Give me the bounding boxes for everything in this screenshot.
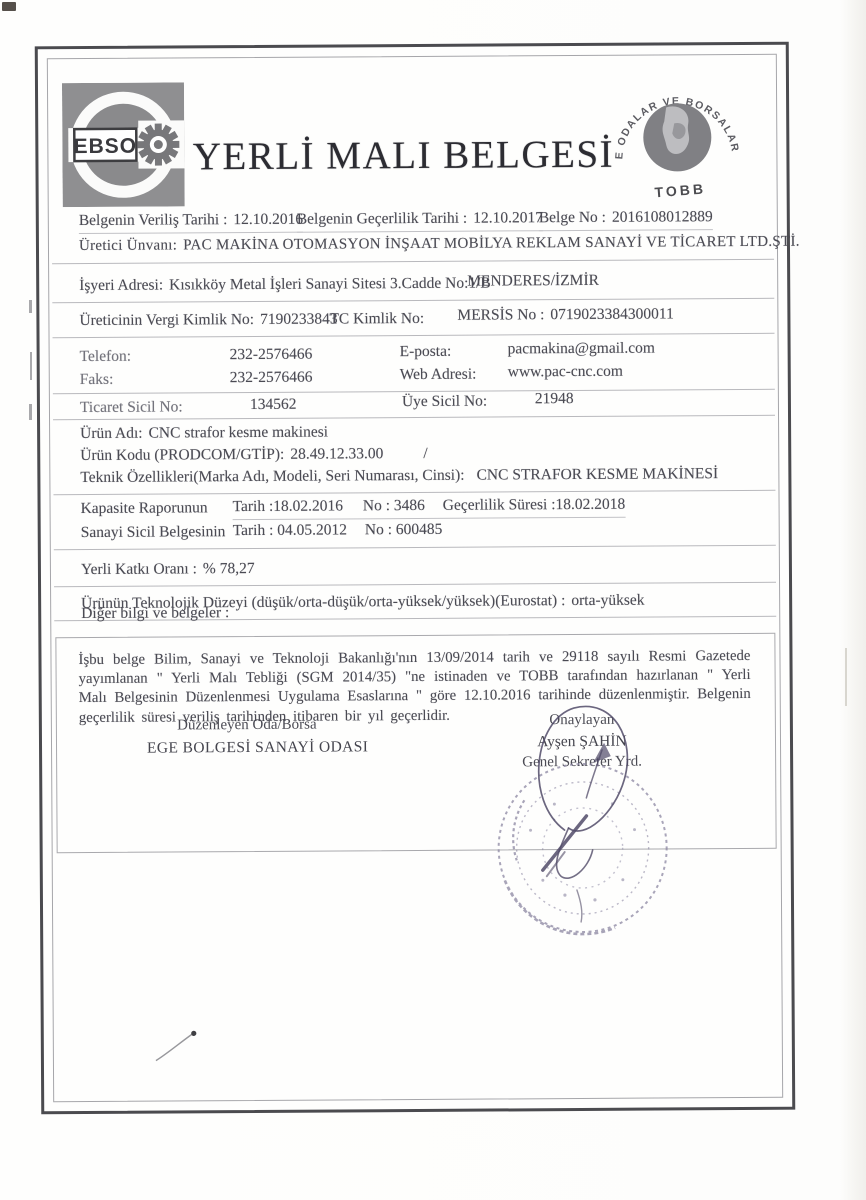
tc-id-label: TC Kimlik No: (329, 310, 424, 329)
email-label: E-posta: (400, 343, 452, 361)
capacity-report-detail: Tarih :18.02.2016 No : 3486 Geçerlilik S… (233, 496, 626, 520)
product-name-value: CNC strafor kesme makinesi (148, 424, 328, 442)
issue-date-field: Belgenin Veriliş Tarihi :12.10.2016 (79, 211, 303, 234)
other-docs-row: Diğer bilgi ve belgeler : (81, 604, 229, 623)
local-content-label: Yerli Katkı Oranı : (81, 560, 197, 578)
producer-name-label: Üretici Ünvanı: (79, 237, 177, 254)
pencil-mark (152, 1024, 208, 1073)
official-stamp-and-signature (464, 679, 706, 955)
address-row: İşyeri Adresi:Kısıkköy Metal İşleri Sana… (79, 275, 491, 296)
tobb-logo-text: TOBB (654, 180, 706, 200)
product-code-value: 28.49.12.33.00 (290, 445, 383, 463)
tech-level-value: orta-yüksek (571, 592, 644, 609)
fax-value: 232-2576466 (230, 369, 313, 388)
scan-edge-mark (29, 404, 32, 420)
producer-name-value: PAC MAKİNA OTOMASYON İNŞAAT MOBİLYA REKL… (183, 234, 800, 254)
issue-date-value: 12.10.2016 (233, 211, 303, 228)
fax-label: Faks: (80, 371, 114, 389)
tax-id-label: Üreticinin Vergi Kimlik No: (79, 311, 254, 329)
tax-id-value: 7190233843 (260, 310, 338, 327)
web-label: Web Adresi: (400, 366, 477, 384)
product-code-label: Ürün Kodu (PRODCOM/GTİP): (80, 446, 284, 464)
product-code-row: Ürün Kodu (PRODCOM/GTİP):28.49.12.33.00/ (80, 445, 428, 465)
capacity-report-label: Kapasite Raporunun (81, 499, 208, 518)
issuer-label: Düzenleyen Oda/Borsa (147, 716, 347, 734)
local-content-row: Yerli Katkı Oranı :% 78,27 (81, 560, 255, 579)
email-value: pacmakina@gmail.com (508, 340, 655, 359)
industry-reg-label: Sanayi Sicil Belgesinin (81, 523, 226, 542)
capacity-date: Tarih :18.02.2016 (233, 497, 344, 515)
scan-corner-artifact (2, 2, 16, 11)
product-name-label: Ürün Adı: (80, 425, 143, 442)
mersis-field: MERSİS No :0719023384300011 (457, 305, 674, 324)
trade-reg-label: Ticaret Sicil No: (80, 398, 183, 417)
issuer-block: Düzenleyen Oda/Borsa EGE BOLGESİ SANAYİ … (147, 716, 347, 757)
tech-spec-value: CNC STRAFOR KESME MAKİNESİ (477, 465, 719, 483)
mersis-label: MERSİS No : (457, 306, 544, 324)
capacity-valid: Geçerlilik Süresi :18.02.2018 (443, 496, 626, 514)
scan-edge-smudge (845, 648, 847, 706)
tobb-logo: TÜRKİYE ODALAR VE BORSALAR BİRLİĞİ TOBB (604, 61, 751, 219)
mersis-value: 0719023384300011 (550, 305, 674, 323)
scanned-certificate-page: EBSO (0, 0, 866, 1200)
web-value: www.pac-cnc.com (508, 363, 623, 382)
valid-date-value: 12.10.2017 (473, 209, 543, 226)
phone-value: 232-2576466 (230, 346, 313, 365)
address-city: MENDERES/İZMİR (467, 272, 599, 291)
issuer-name: EGE BOLGESİ SANAYİ ODASI (147, 738, 347, 757)
tech-spec-label: Teknik Özellikleri(Marka Adı, Modeli, Se… (80, 467, 464, 486)
industry-reg-date: Tarih : 04.05.2012 (233, 521, 347, 539)
doc-no-value: 2016108012889 (612, 208, 713, 226)
signature-scribble (538, 706, 628, 922)
round-seal-icon (498, 763, 667, 934)
tax-id-field: Üreticinin Vergi Kimlik No:7190233843 (79, 310, 337, 330)
valid-date-label: Belgenin Geçerlilik Tarihi : (297, 210, 467, 228)
scan-edge-mark (29, 300, 32, 313)
issue-date-label: Belgenin Veriliş Tarihi : (79, 211, 228, 229)
address-value: Kısıkköy Metal İşleri Sanayi Sitesi 3.Ca… (169, 275, 491, 294)
page-title: YERLİ MALI BELGESİ (188, 132, 618, 180)
member-reg-label: Üye Sicil No: (402, 393, 487, 412)
member-reg-value: 21948 (535, 390, 574, 408)
certificate-sheet: EBSO (35, 42, 796, 1115)
doc-no-field: Belge No :2016108012889 (539, 208, 713, 231)
local-content-value: % 78,27 (203, 560, 255, 577)
address-label: İşyeri Adresi: (79, 277, 163, 295)
doc-no-label: Belge No : (539, 209, 606, 226)
valid-date-field: Belgenin Geçerlilik Tarihi :12.10.2017 (297, 209, 543, 233)
ebso-logo-text: EBSO (74, 135, 138, 158)
product-code-slash: / (423, 445, 427, 462)
phone-label: Telefon: (80, 348, 132, 366)
industry-reg-detail: Tarih : 04.05.2012 No : 600485 (233, 521, 443, 540)
industry-reg-no: No : 600485 (365, 521, 443, 538)
capacity-no: No : 3486 (363, 497, 425, 514)
ebso-logo: EBSO (62, 82, 185, 212)
product-name-row: Ürün Adı:CNC strafor kesme makinesi (80, 424, 328, 444)
scan-edge-mark (30, 352, 32, 380)
trade-reg-value: 134562 (250, 396, 297, 414)
